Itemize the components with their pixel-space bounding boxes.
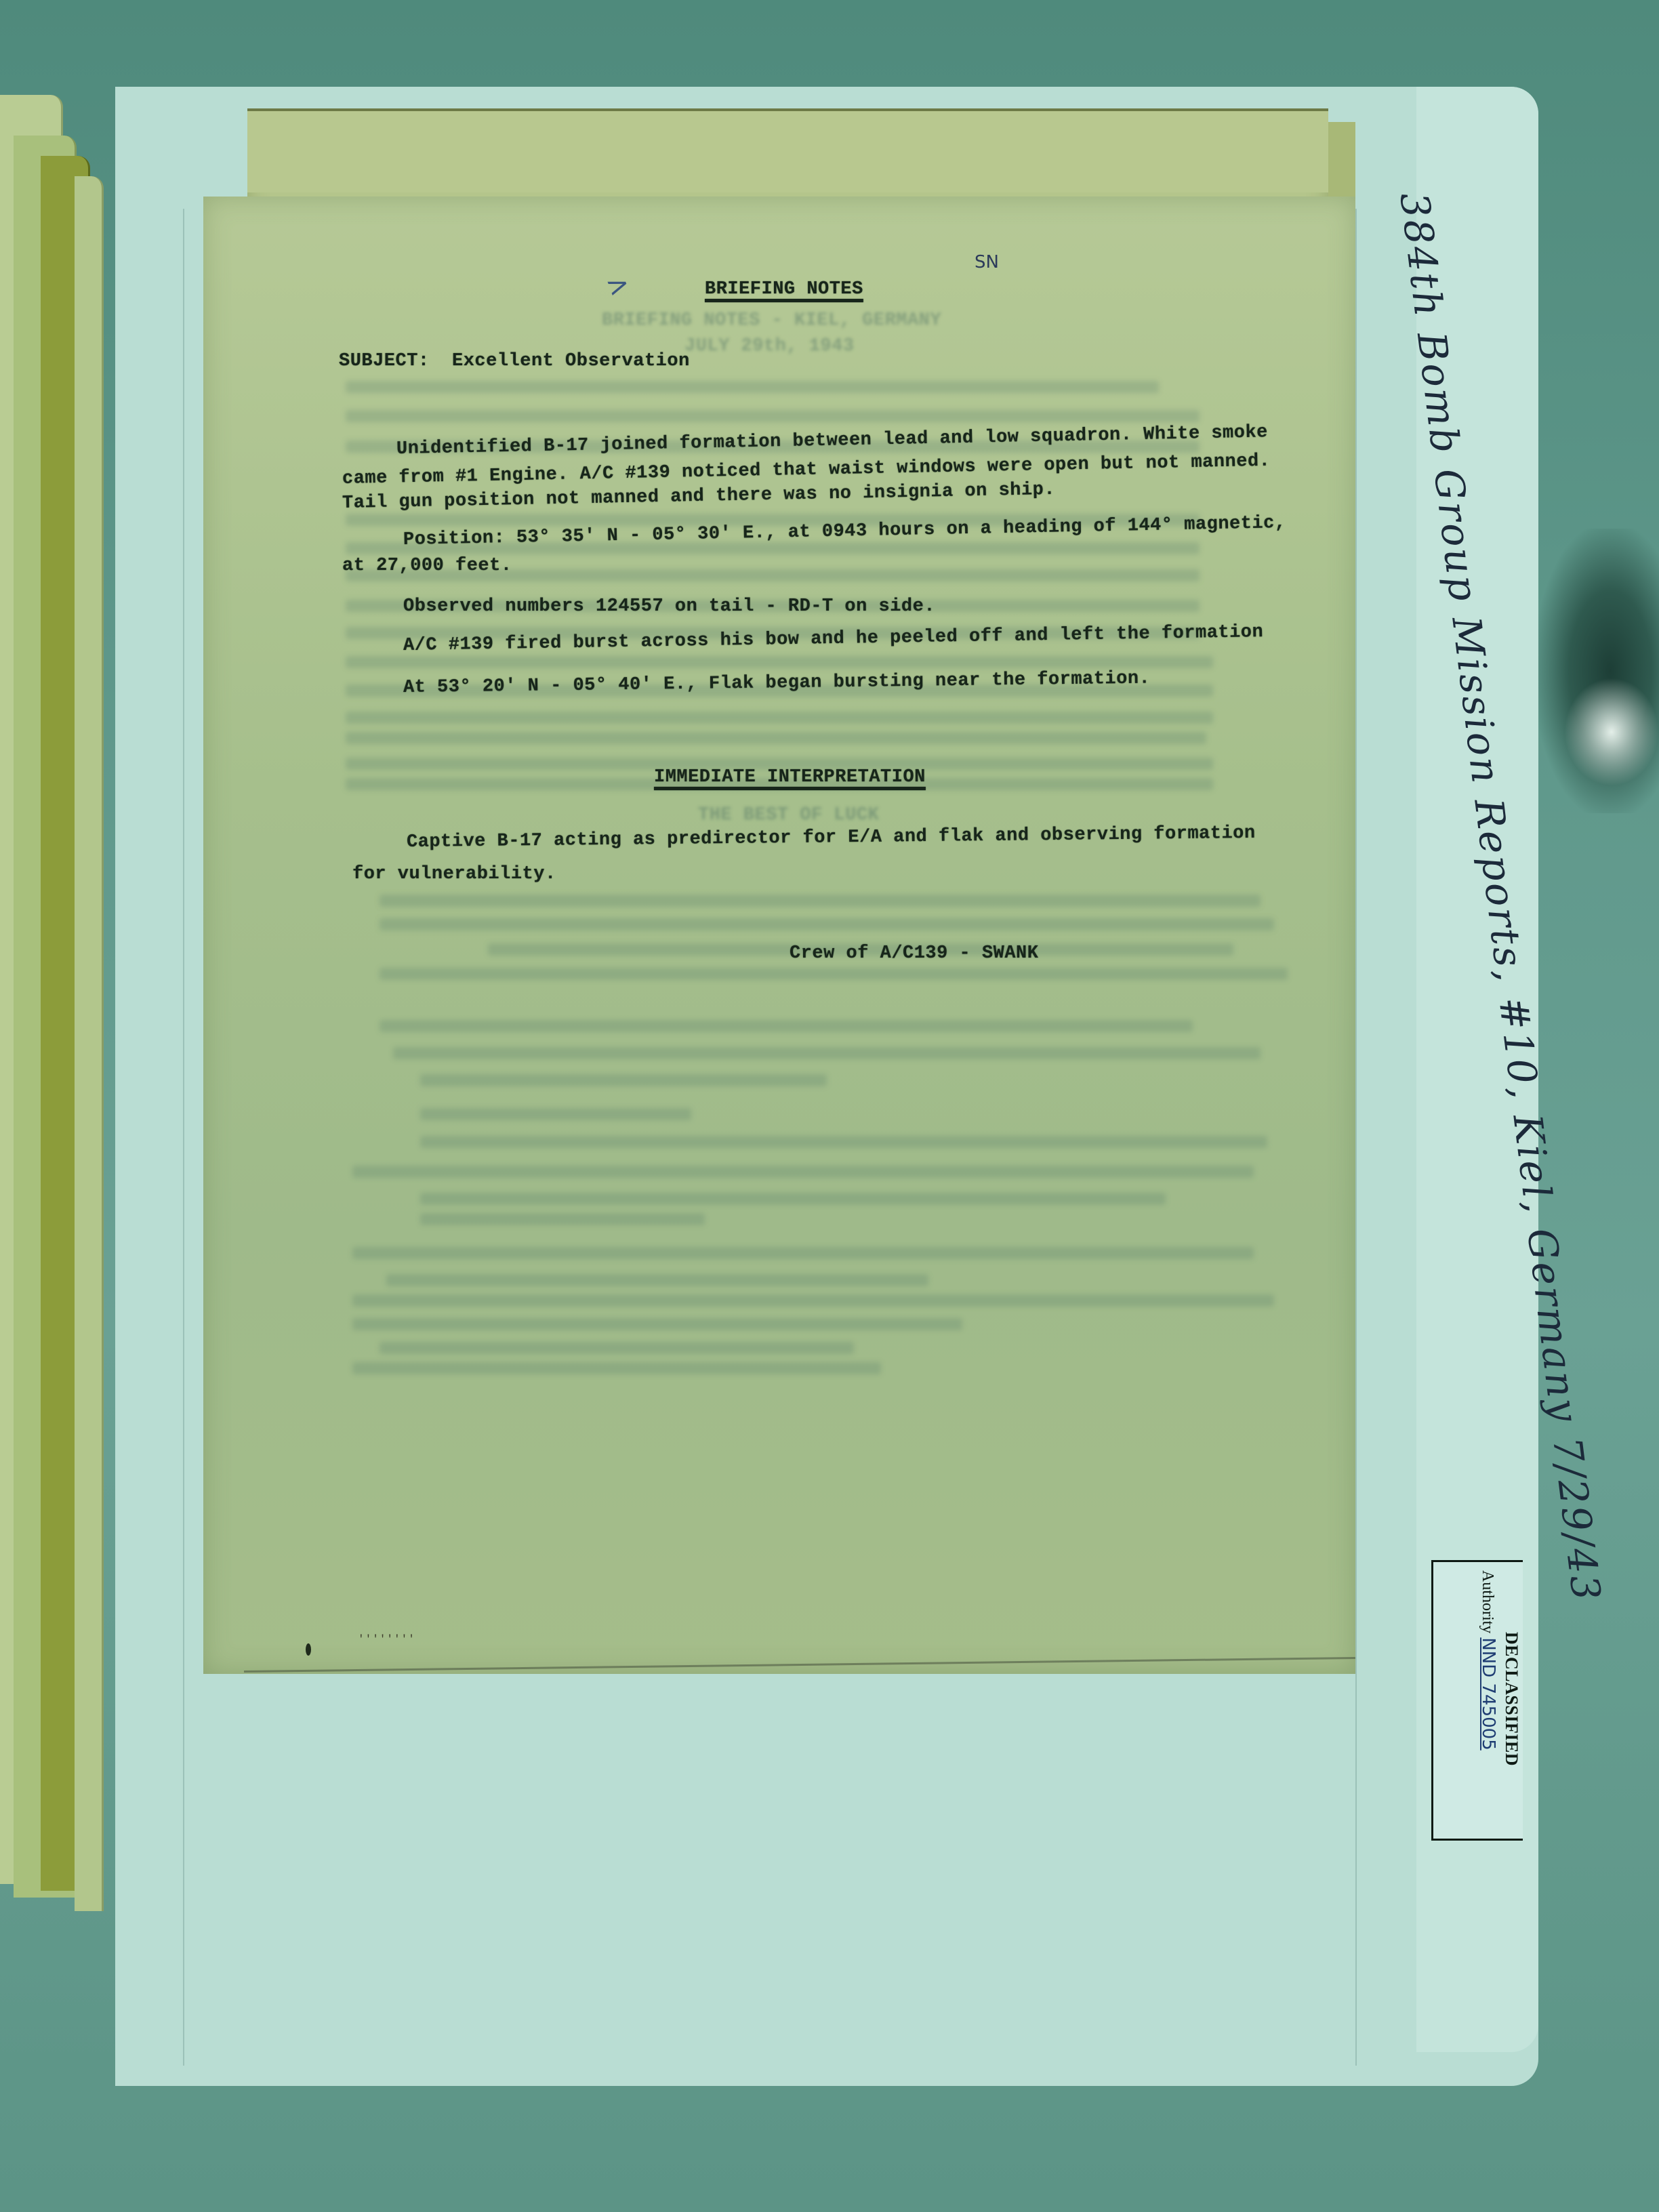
paragraph-2-line-2: at 27,000 feet. — [342, 556, 512, 576]
subject-line: SUBJECT: Excellent Observation — [339, 351, 690, 371]
bleed-through-line — [380, 968, 1288, 980]
bleed-through-line — [346, 410, 1200, 422]
section-heading: IMMEDIATE INTERPRETATION — [654, 767, 926, 787]
bleed-through-line — [346, 381, 1159, 393]
subject-text: Excellent Observation — [452, 351, 690, 371]
subject-label: SUBJECT: — [339, 351, 430, 371]
bleed-through-line — [346, 656, 1213, 668]
bleed-through-line — [380, 1342, 854, 1354]
bleed-through-line — [420, 1193, 1166, 1205]
bleed-through-line — [346, 712, 1213, 724]
stamp-authority-label: Authority — [1479, 1570, 1496, 1633]
signature-line: Crew of A/C139 - SWANK — [790, 943, 1038, 964]
bleed-through-line — [380, 918, 1274, 930]
bleed-through-line — [420, 1108, 691, 1120]
bleed-through-line — [420, 1136, 1267, 1148]
bleed-through-date: JULY 29th, 1943 — [684, 336, 855, 356]
paragraph-3: Observed numbers 124557 on tail - RD-T o… — [403, 596, 935, 617]
interpretation-line-1: Captive B-17 acting as predirector for E… — [407, 823, 1256, 853]
stamp-authority: Authority NND 745005 — [1478, 1570, 1498, 1828]
bleed-through-line — [352, 1166, 1254, 1178]
bleed-through-line — [352, 1294, 1274, 1307]
interpretation-line-2: for vulnerability. — [352, 864, 556, 884]
bleed-through-line — [352, 1362, 881, 1374]
bleed-through-line — [352, 1318, 962, 1330]
bleed-through-line — [380, 895, 1261, 907]
document-heading: BRIEFING NOTES — [705, 279, 863, 300]
pencil-annotation: SN — [975, 252, 999, 272]
bleed-through-line — [380, 1020, 1193, 1032]
bleed-through-line — [393, 1047, 1261, 1059]
bleed-through-line — [420, 1074, 827, 1086]
stamp-authority-number: NND 745005 — [1478, 1637, 1498, 1750]
stamp-title: DECLASSIFIED — [1501, 1570, 1521, 1828]
bleed-through-line — [346, 732, 1206, 744]
pencil-check-mark: > — [602, 267, 634, 304]
bleed-through-line — [420, 1213, 705, 1225]
bleed-through-header: BRIEFING NOTES - KIEL, GERMANY — [602, 310, 941, 331]
bleed-through-line — [386, 1274, 928, 1286]
bleed-through-subheading: THE BEST OF LUCK — [698, 805, 879, 825]
bleed-through-line — [352, 1247, 1254, 1259]
declassified-stamp: DECLASSIFIED Authority NND 745005 — [1431, 1560, 1523, 1841]
